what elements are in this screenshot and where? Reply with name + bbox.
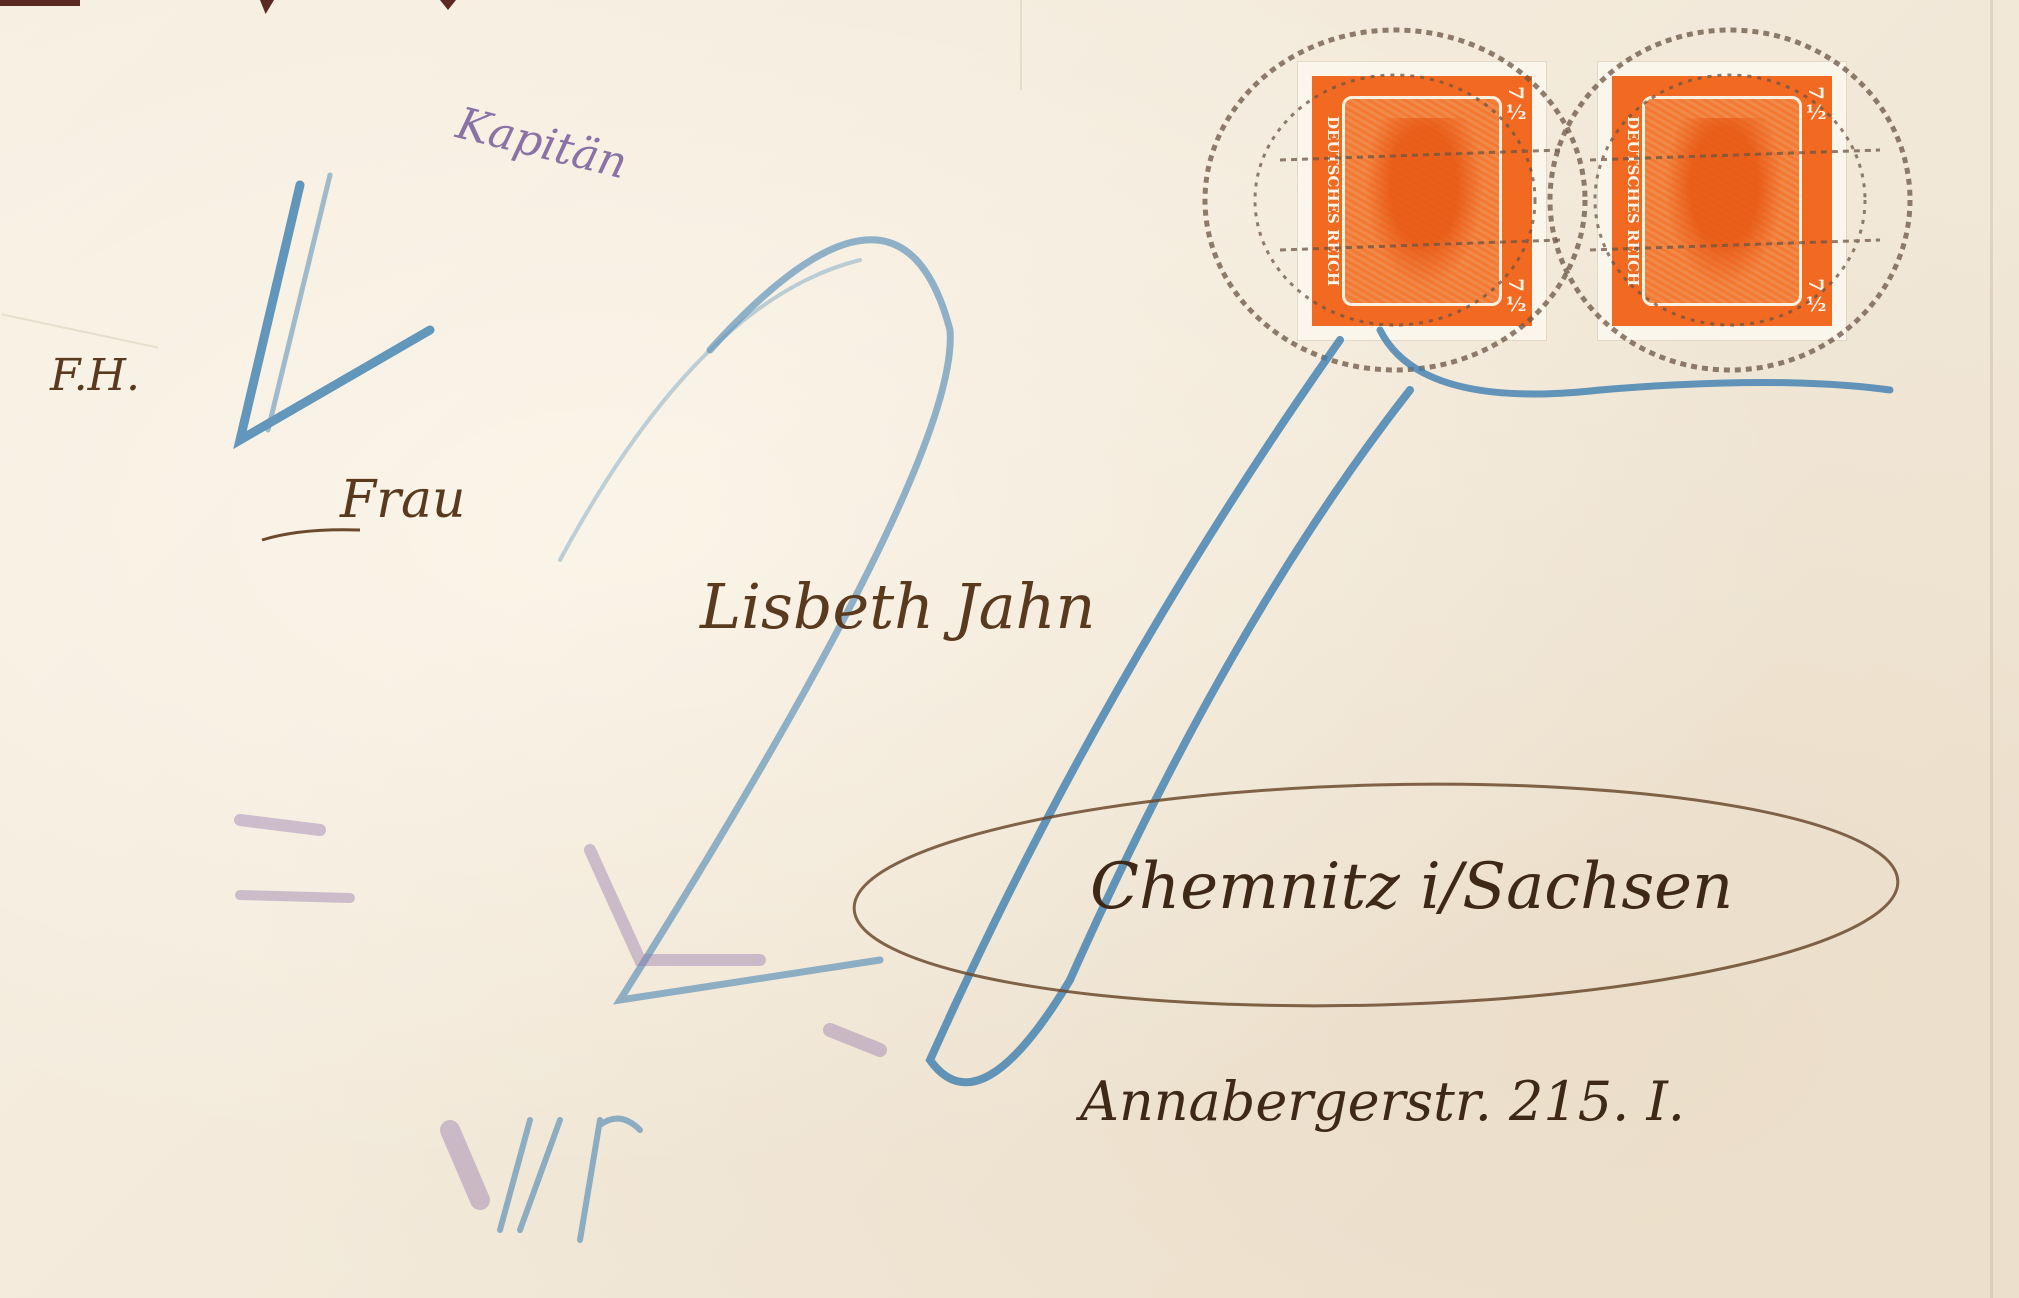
postmark-1 — [1205, 30, 1585, 370]
address-salutation: Frau — [340, 470, 465, 530]
sender-initials: F.H. — [50, 350, 140, 401]
frau-flourish — [262, 530, 360, 540]
marks-layer — [0, 0, 2019, 1298]
address-street: Annabergerstr. 215. I. — [1080, 1070, 1685, 1133]
address-city: Chemnitz i/Sachsen — [1090, 850, 1733, 924]
address-name: Lisbeth Jahn — [700, 570, 1095, 643]
postmark-2 — [1550, 30, 1910, 370]
purple-ink-smudges — [240, 820, 880, 1200]
